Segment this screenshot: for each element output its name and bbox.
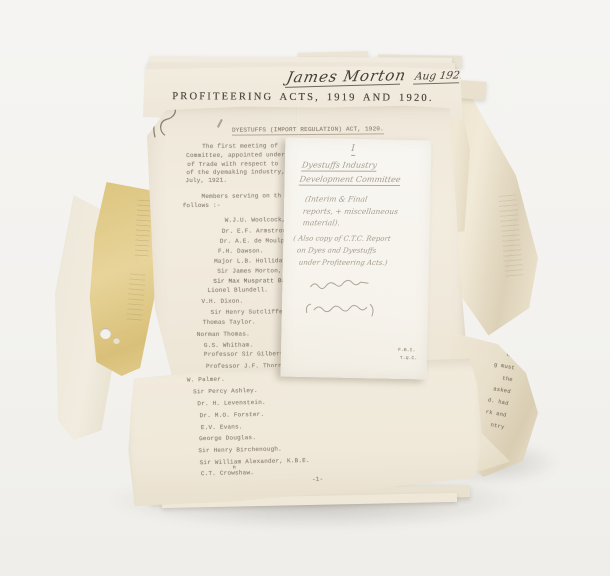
- photograph-background: { "scene": { "type": "photograph", "subj…: [0, 0, 610, 576]
- note-numeral: I: [351, 144, 355, 156]
- note-line: on Dyes and Dyestuffs: [296, 246, 376, 254]
- illegible-pencil-squiggle: [304, 300, 376, 320]
- note-slip: I Dyestuffs Industry Development Committ…: [281, 137, 432, 379]
- note-line: reports, + miscellaneous: [302, 207, 398, 216]
- note-line: under Profiteering Acts.): [298, 259, 388, 267]
- page-number: -1-: [312, 476, 324, 483]
- paragraph-line: The first meeting of: [202, 142, 278, 150]
- paragraph-line: Committee, appointed under: [186, 151, 285, 159]
- date-annotation: Aug 1921: [414, 69, 467, 82]
- member-name: Dr. M.O. Forster.: [200, 411, 265, 419]
- member-name: C.T. Crowshaw.: [201, 469, 254, 477]
- member-name: Norman Thomas.: [197, 331, 250, 338]
- punch-hole: [100, 328, 111, 339]
- member-name: Professor Sir Gilbert: [204, 350, 284, 358]
- carbon-illegible-text: [126, 274, 145, 323]
- acts-heading: PROFITEERING ACTS, 1919 AND 1920.: [143, 91, 463, 104]
- member-name: Lionel Blundell.: [207, 286, 268, 294]
- member-name: E.V. Evans.: [201, 423, 243, 431]
- member-name: F.H. Dawson.: [218, 247, 264, 254]
- note-line: Dyestuffs Industry: [301, 161, 377, 172]
- member-name: W. Palmer.: [187, 376, 225, 384]
- illegible-pencil-squiggle: [308, 278, 370, 293]
- paragraph-line: of Trade with respect to: [187, 160, 278, 168]
- paragraph-line: Members serving on th: [201, 192, 281, 200]
- note-line: (Interim & Final: [305, 194, 368, 203]
- member-name: G.S. Whitham.: [204, 341, 253, 348]
- note-line: material).: [302, 218, 341, 227]
- act-heading: DYESTUFFS (IMPORT REGULATION) ACT, 1920.: [232, 125, 384, 135]
- member-name: Sir Percy Ashley.: [193, 387, 258, 395]
- carbon-illegible-text: [134, 200, 151, 261]
- typed-correction-letter: n: [233, 464, 236, 470]
- member-name: Sir Henry Birchenough.: [198, 445, 282, 454]
- member-name: George Douglas.: [199, 434, 256, 442]
- date-underline: [413, 82, 459, 84]
- stamp-label: T.U.C.: [400, 356, 418, 361]
- member-name: V.H. Dixon.: [201, 298, 243, 305]
- member-name: Major L.B. Holliday,: [214, 257, 290, 265]
- paragraph-line: July, 1921.: [185, 177, 227, 184]
- member-name: Thomas Taylor.: [203, 318, 256, 325]
- note-line: ( Also copy of C.T.C. Report: [293, 235, 392, 243]
- member-name: Sir William Alexander, K.B.E.: [200, 457, 310, 466]
- paragraph-line: follows :-: [183, 202, 221, 209]
- paragraph-line: of the dyemaking industry,: [186, 168, 285, 176]
- member-name: Sir Max Muspratt Bart: [213, 277, 293, 285]
- member-name: Dr. H. Levenstein.: [197, 399, 266, 407]
- pencil-tick: [217, 119, 222, 128]
- punch-hole: [113, 337, 120, 344]
- note-line: Development Committee: [299, 175, 402, 186]
- stamp-label: F.B.I.: [398, 348, 416, 353]
